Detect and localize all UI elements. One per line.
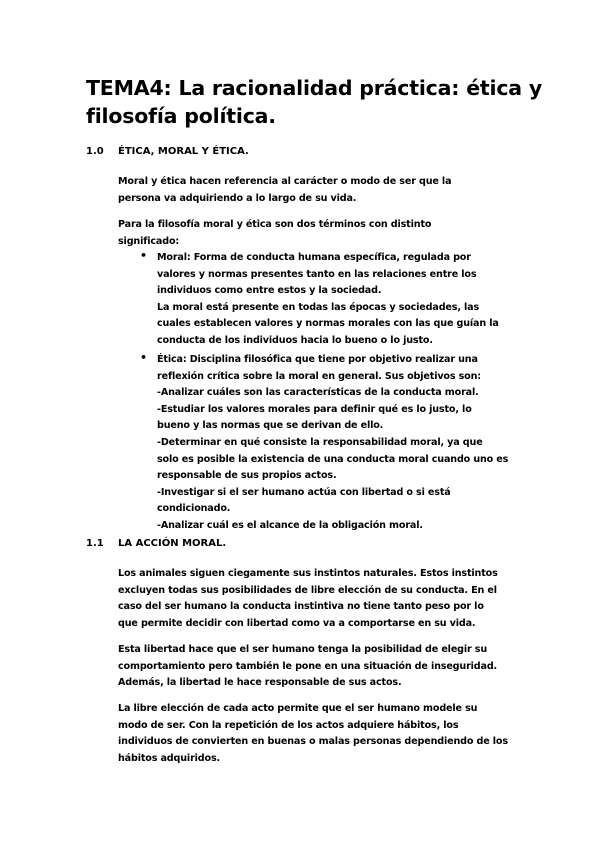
text-line: -Analizar cuáles son las características… <box>157 385 508 402</box>
bullet-item-etica: Ética: Disciplina filosófica que tiene p… <box>157 352 508 535</box>
paragraph: La libre elección de cada acto permite q… <box>118 701 508 767</box>
section-title: ÉTICA, MORAL Y ÉTICA. <box>118 146 249 157</box>
text-line: solo es posible la existencia de una con… <box>157 452 508 469</box>
text-line: -Investigar si el ser humano actúa con l… <box>157 485 508 502</box>
title-line: TEMA4: La racionalidad práctica: ética y <box>86 74 586 102</box>
text-line: Esta libertad hace que el ser humano ten… <box>118 642 497 659</box>
text-line: -Analizar cuál es el alcance de la oblig… <box>157 518 508 535</box>
bullet-item-moral: Moral: Forma de conducta humana específi… <box>157 250 499 350</box>
text-line: reflexión crítica sobre la moral en gene… <box>157 369 508 386</box>
paragraph: Esta libertad hace que el ser humano ten… <box>118 642 497 692</box>
text-line: hábitos adquiridos. <box>118 751 508 768</box>
text-line: persona va adquiriendo a lo largo de su … <box>118 191 451 208</box>
document-title: TEMA4: La racionalidad práctica: ética y… <box>86 74 586 130</box>
text-line: individuos como entre estos y la socieda… <box>157 283 499 300</box>
text-line: -Estudiar los valores morales para defin… <box>157 402 508 419</box>
text-line: bueno y las normas que se derivan de ell… <box>157 418 508 435</box>
text-line: Ética: Disciplina filosófica que tiene p… <box>157 352 508 369</box>
text-line: -Determinar en qué consiste la responsab… <box>157 435 508 452</box>
paragraph: Moral y ética hacen referencia al caráct… <box>118 174 451 207</box>
text-line: Moral: Forma de conducta humana específi… <box>157 250 499 267</box>
text-line: individuos de convierten en buenas o mal… <box>118 734 508 751</box>
text-line: Para la filosofía moral y ética son dos … <box>118 217 431 234</box>
document-page: TEMA4: La racionalidad práctica: ética y… <box>0 0 599 848</box>
text-line: que permite decidir con libertad como va… <box>118 616 498 633</box>
title-line: filosofía política. <box>86 102 586 130</box>
text-line: modo de ser. Con la repetición de los ac… <box>118 718 508 735</box>
text-line: excluyen todas sus posibilidades de libr… <box>118 583 498 600</box>
text-line: valores y normas presentes tanto en las … <box>157 267 499 284</box>
text-line: caso del ser humano la conducta instinti… <box>118 599 498 616</box>
text-line: Además, la libertad le hace responsable … <box>118 675 497 692</box>
paragraph: Los animales siguen ciegamente sus insti… <box>118 566 498 632</box>
section-title: LA ACCIÓN MORAL. <box>118 538 226 549</box>
bullet-icon: • <box>140 249 147 263</box>
text-line: conducta de los individuos hacia lo buen… <box>157 333 499 350</box>
text-line: Los animales siguen ciegamente sus insti… <box>118 566 498 583</box>
section-heading: 1.0ÉTICA, MORAL Y ÉTICA. <box>86 145 249 159</box>
text-line: La libre elección de cada acto permite q… <box>118 701 508 718</box>
text-line: Moral y ética hacen referencia al caráct… <box>118 174 451 191</box>
bullet-icon: • <box>140 351 147 365</box>
section-number: 1.1 <box>86 537 118 551</box>
text-line: condicionado. <box>157 501 508 518</box>
section-heading: 1.1LA ACCIÓN MORAL. <box>86 537 226 551</box>
text-line: comportamiento pero también le pone en u… <box>118 659 497 676</box>
section-number: 1.0 <box>86 145 118 159</box>
text-line: cuales establecen valores y normas moral… <box>157 316 499 333</box>
paragraph: Para la filosofía moral y ética son dos … <box>118 217 431 250</box>
text-line: responsable de sus propios actos. <box>157 468 508 485</box>
text-line: La moral está presente en todas las époc… <box>157 300 499 317</box>
text-line: significado: <box>118 234 431 251</box>
